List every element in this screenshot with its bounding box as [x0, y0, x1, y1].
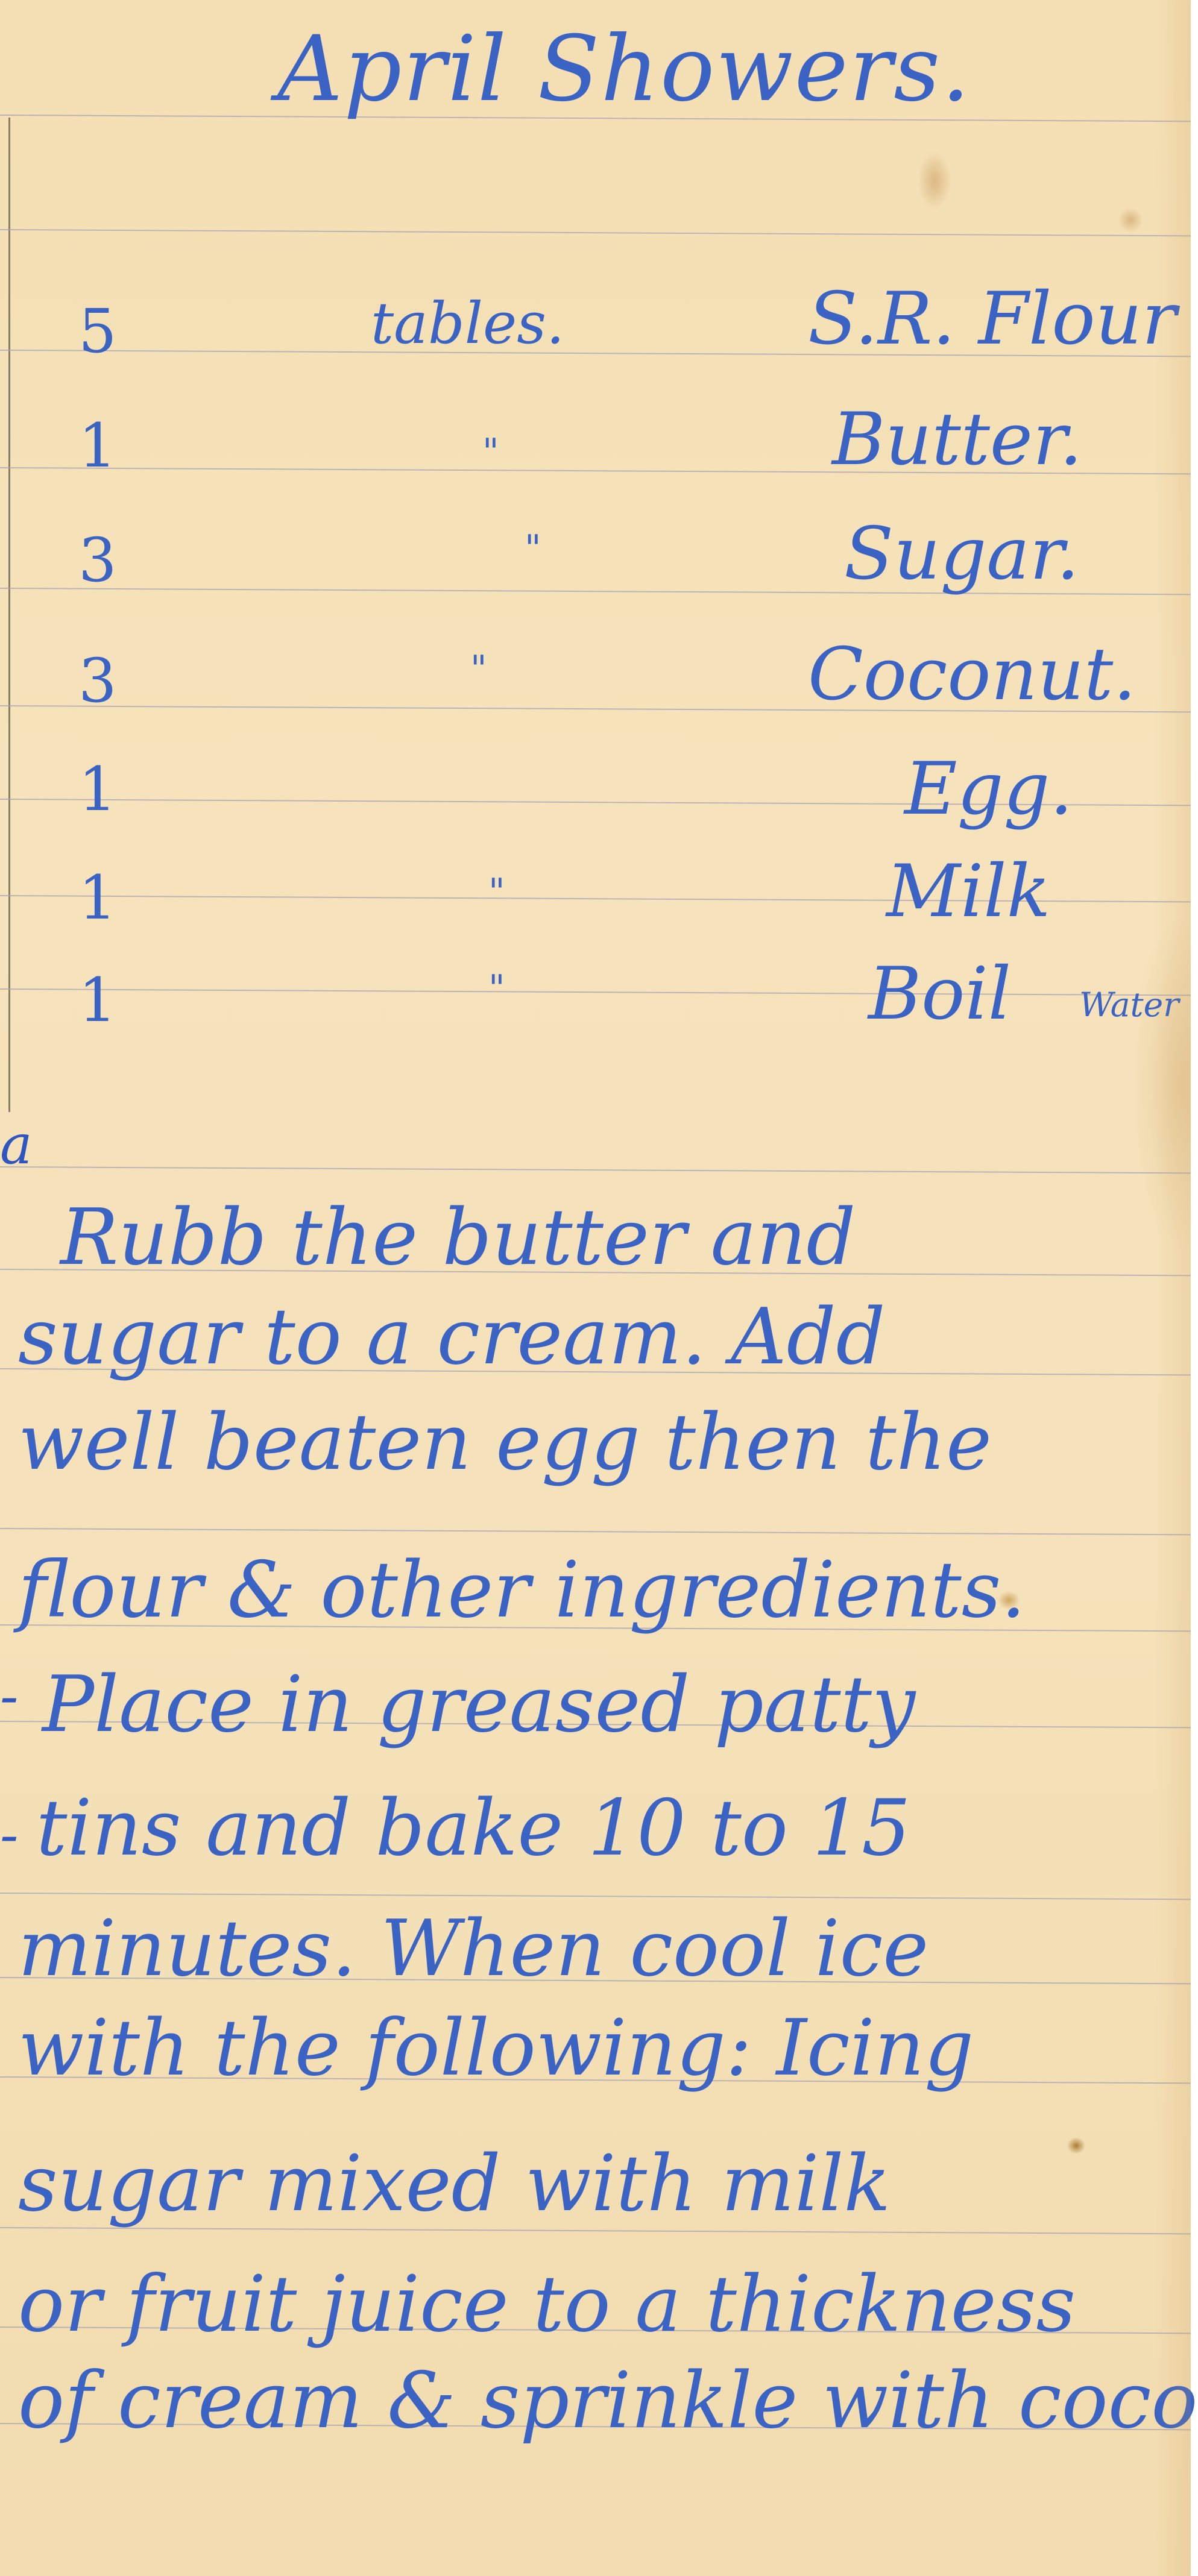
method-line: Place in greased patty [42, 1667, 915, 1744]
ingredient-item-suffix: Water [1079, 988, 1179, 1022]
ingredient-row: 3 " Sugar. [0, 518, 1191, 633]
margin-fragment: - [0, 1670, 18, 1724]
ruled-line [0, 1528, 1191, 1535]
ingredient-ditto: " [525, 530, 541, 567]
ingredient-item: Egg. [904, 753, 1073, 826]
ingredient-qty: 1 [78, 416, 117, 476]
ingredient-item: Milk [886, 856, 1050, 928]
ingredient-qty: 5 [78, 301, 117, 362]
ingredient-ditto: " [482, 434, 499, 470]
method-line: sugar mixed with milk [18, 2146, 891, 2223]
ingredient-qty: 3 [78, 530, 117, 591]
ingredient-ditto: " [470, 651, 487, 687]
ingredient-row: 3 " Coconut. [0, 639, 1191, 753]
method-line: of cream & sprinkle with coconut [18, 2363, 1198, 2440]
ingredient-qty: 1 [78, 970, 117, 1031]
ingredient-item: Boil [868, 958, 1011, 1031]
ruled-line [0, 1166, 1191, 1173]
ingredient-row: 1 " Butter. [0, 398, 1191, 512]
method-line: minutes. When cool ice [18, 1911, 928, 1988]
ingredient-qty: 1 [78, 759, 117, 820]
method-line: with the following: Icing [18, 2010, 974, 2087]
ingredient-item: Sugar. [844, 518, 1079, 591]
method-line: or fruit juice to a thickness [18, 2266, 1076, 2343]
ingredient-row: 1 " Boil Water [0, 952, 1191, 1067]
method-line: Rubb the butter and [60, 1199, 856, 1277]
ingredient-row: 5 tables. S.R. Flour [0, 283, 1191, 398]
ingredient-item: S.R. Flour [808, 283, 1176, 356]
ruled-line [0, 229, 1191, 236]
ingredient-row: 1 Egg. [0, 741, 1191, 856]
margin-fragment: - [0, 1808, 18, 1862]
method-line: flour & other ingredients. [18, 1552, 1026, 1629]
ingredient-unit: tables. [371, 295, 564, 353]
recipe-title: April Showers. [277, 24, 971, 115]
method-line: sugar to a cream. Add [18, 1299, 885, 1376]
ingredient-item: Coconut. [808, 639, 1136, 711]
ingredient-qty: 3 [78, 651, 117, 711]
method-line: well beaten egg then the [18, 1404, 992, 1481]
ruled-line [0, 1893, 1191, 1900]
ingredient-item: Butter. [832, 404, 1082, 476]
method-line: tins and bake 10 to 15 [36, 1790, 910, 1867]
ingredient-ditto: " [488, 874, 505, 910]
ingredient-ditto: " [488, 970, 505, 1007]
margin-fragment: a [0, 1118, 33, 1172]
recipe-page: April Showers. 5 tables. S.R. Flour 1 " … [0, 0, 1191, 2576]
ingredient-row: 1 " Milk [0, 844, 1191, 958]
ingredient-qty: 1 [78, 868, 117, 928]
